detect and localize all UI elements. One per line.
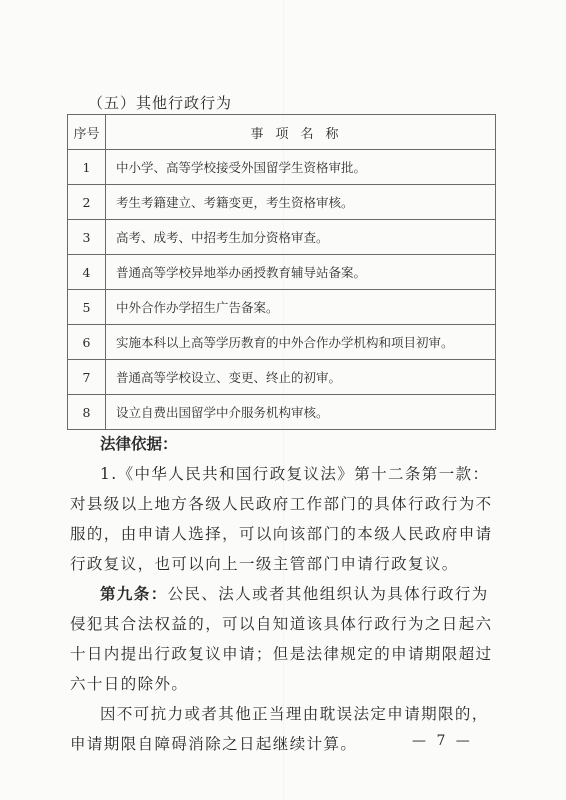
header-name: 事项名称: [106, 115, 496, 150]
row-item-name: 普通高等学校异地举办函授教育辅导站备案。: [106, 255, 496, 290]
table-row: 6实施本科以上高等学历教育的中外合作办学机构和项目初审。: [68, 325, 496, 360]
row-item-name: 设立自费出国留学中介服务机构审核。: [106, 395, 496, 430]
row-number: 7: [68, 360, 106, 395]
table-row: 4普通高等学校异地举办函授教育辅导站备案。: [68, 255, 496, 290]
row-item-name: 实施本科以上高等学历教育的中外合作办学机构和项目初审。: [106, 325, 496, 360]
row-item-name: 考生考籍建立、考籍变更，考生资格审核。: [106, 185, 496, 220]
table-row: 8设立自费出国留学中介服务机构审核。: [68, 395, 496, 430]
article-9-label: 第九条：: [100, 585, 168, 603]
row-item-name: 高考、成考、中招考生加分资格审查。: [106, 220, 496, 255]
legal-basis-heading: 法律依据：: [100, 432, 178, 454]
items-table: 序号 事项名称 1中小学、高等学校接受外国留学生资格审批。2考生考籍建立、考籍变…: [67, 114, 496, 430]
row-number: 1: [68, 150, 106, 185]
row-number: 3: [68, 220, 106, 255]
row-number: 8: [68, 395, 106, 430]
paragraph-article-9: 第九条：公民、法人或者其他组织认为具体行政行为侵犯其合法权益的，可以自知道该具体…: [70, 579, 500, 699]
page-number: — 7 —: [412, 733, 473, 749]
table-header-row: 序号 事项名称: [68, 115, 496, 150]
section-title: （五）其他行政行为: [88, 92, 232, 113]
row-number: 6: [68, 325, 106, 360]
paragraph-force-majeure: 因不可抗力或者其他正当理由耽误法定申请期限的，申请期限自障碍消除之日起继续计算。: [70, 699, 500, 759]
row-item-name: 中小学、高等学校接受外国留学生资格审批。: [106, 150, 496, 185]
row-number: 4: [68, 255, 106, 290]
row-item-name: 普通高等学校设立、变更、终止的初审。: [106, 360, 496, 395]
table-row: 7普通高等学校设立、变更、终止的初审。: [68, 360, 496, 395]
row-item-name: 中外合作办学招生广告备案。: [106, 290, 496, 325]
legal-basis-body: 1.《中华人民共和国行政复议法》第十二条第一款：对县级以上地方各级人民政府工作部…: [70, 459, 500, 759]
table-row: 2考生考籍建立、考籍变更，考生资格审核。: [68, 185, 496, 220]
table-row: 5中外合作办学招生广告备案。: [68, 290, 496, 325]
row-number: 5: [68, 290, 106, 325]
header-no: 序号: [68, 115, 106, 150]
paragraph-article-12: 1.《中华人民共和国行政复议法》第十二条第一款：对县级以上地方各级人民政府工作部…: [70, 459, 500, 579]
row-number: 2: [68, 185, 106, 220]
table-row: 3高考、成考、中招考生加分资格审查。: [68, 220, 496, 255]
table-row: 1中小学、高等学校接受外国留学生资格审批。: [68, 150, 496, 185]
